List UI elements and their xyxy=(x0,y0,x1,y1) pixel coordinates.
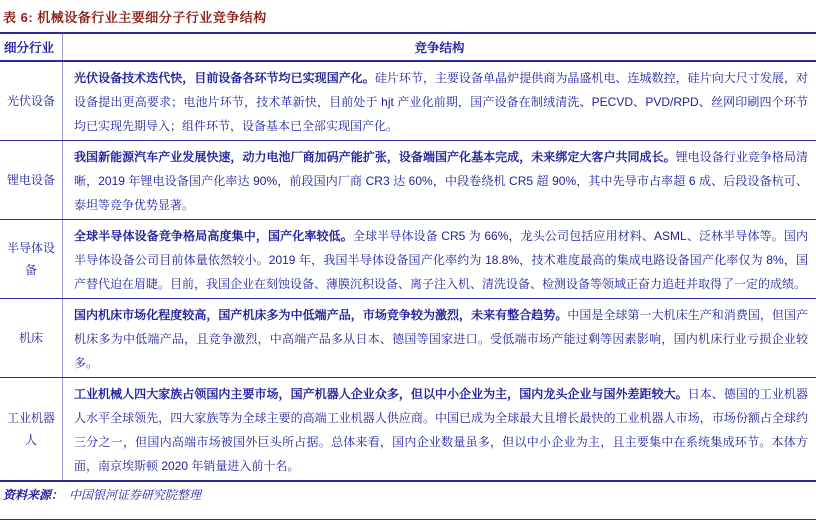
table-header-row: 细分行业 竞争结构 xyxy=(0,34,816,62)
row-label-photovoltaic: 光伏设备 xyxy=(0,62,63,140)
row-label-lithium: 锂电设备 xyxy=(0,141,63,219)
row-content-machine-tool: 国内机床市场化程度较高，国产机床多为中低端产品，市场竞争较为激烈，未来有整合趋势… xyxy=(63,299,816,377)
row-content-semiconductor: 全球半导体设备竞争格局高度集中，国产化率较低。全球半导体设备 CR5 为 66%… xyxy=(63,220,816,298)
competition-structure-table: 细分行业 竞争结构 光伏设备 光伏设备技术迭代快，目前设备各环节均已实现国产化。… xyxy=(0,32,816,482)
row-lead-text: 国内机床市场化程度较高，国产机床多为中低端产品，市场竞争较为激烈，未来有整合趋势… xyxy=(74,308,567,322)
row-content-lithium: 我国新能源汽车产业发展快速，动力电池厂商加码产能扩张，设备端国产化基本完成，未来… xyxy=(63,141,816,219)
table-row-semiconductor: 半导体设备 全球半导体设备竞争格局高度集中，国产化率较低。全球半导体设备 CR5… xyxy=(0,220,816,299)
row-content-photovoltaic: 光伏设备技术迭代快，目前设备各环节均已实现国产化。硅片环节，主要设备单晶炉提供商… xyxy=(63,62,816,140)
bottom-divider xyxy=(0,519,816,520)
row-lead-text: 全球半导体设备竞争格局高度集中，国产化率较低。 xyxy=(74,229,353,243)
table-row-photovoltaic: 光伏设备 光伏设备技术迭代快，目前设备各环节均已实现国产化。硅片环节，主要设备单… xyxy=(0,62,816,141)
header-competition-structure: 竞争结构 xyxy=(63,34,816,60)
source-label: 资料来源： xyxy=(3,488,63,502)
table-row-industrial-robot: 工业机器人 工业机械人四大家族占领国内主要市场，国产机器人企业众多，但以中小企业… xyxy=(0,378,816,480)
report-table-page: 表 6: 机械设备行业主要细分子行业竞争结构 细分行业 竞争结构 光伏设备 光伏… xyxy=(0,0,816,525)
table-title: 表 6: 机械设备行业主要细分子行业竞争结构 xyxy=(0,0,816,32)
row-lead-text: 我国新能源汽车产业发展快速，动力电池厂商加码产能扩张，设备端国产化基本完成，未来… xyxy=(74,150,676,164)
source-note: 资料来源：中国银河证券研究院整理 xyxy=(0,486,816,503)
row-content-industrial-robot: 工业机械人四大家族占领国内主要市场，国产机器人企业众多，但以中小企业为主，国内龙… xyxy=(63,378,816,480)
row-label-industrial-robot: 工业机器人 xyxy=(0,378,63,480)
header-segment-industry: 细分行业 xyxy=(0,34,63,60)
row-lead-text: 光伏设备技术迭代快，目前设备各环节均已实现国产化。 xyxy=(74,71,375,85)
row-label-semiconductor: 半导体设备 xyxy=(0,220,63,298)
row-lead-text: 工业机械人四大家族占领国内主要市场，国产机器人企业众多，但以中小企业为主，国内龙… xyxy=(74,387,688,401)
table-row-lithium: 锂电设备 我国新能源汽车产业发展快速，动力电池厂商加码产能扩张，设备端国产化基本… xyxy=(0,141,816,220)
row-label-machine-tool: 机床 xyxy=(0,299,63,377)
source-text: 中国银河证券研究院整理 xyxy=(69,488,201,502)
table-row-machine-tool: 机床 国内机床市场化程度较高，国产机床多为中低端产品，市场竞争较为激烈，未来有整… xyxy=(0,299,816,378)
